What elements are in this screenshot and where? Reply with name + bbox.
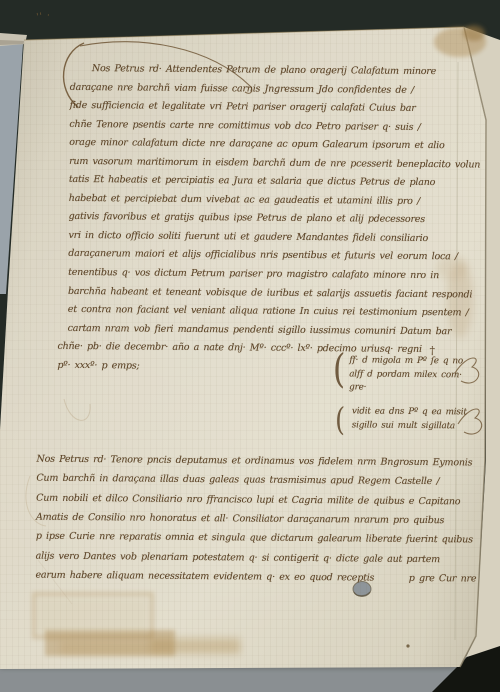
marginal-note-line: vidit ea dns Pº q ea misit xyxy=(352,405,467,420)
marginal-note-line: sigillo sui mult sigillata xyxy=(352,419,467,434)
ink-layer: '' · Nos Petrus rd· Attendentes Petrum d… xyxy=(0,0,500,692)
folio-marks: '' · xyxy=(36,11,52,23)
manuscript-photo: '' · Nos Petrus rd· Attendentes Petrum d… xyxy=(0,0,500,692)
paragraph-2: Nos Petrus rd· Tenore pncis deputamus et… xyxy=(35,450,477,589)
note1-brace: ( xyxy=(333,346,346,392)
marginal-note-2: vidit ea dns Pº q ea misitsigillo sui mu… xyxy=(352,405,467,433)
marginal-note-line: ff· d migola m Pº ſe q no xyxy=(349,354,463,368)
manuscript-text-line: earum habere aliquam necessitatem eviden… xyxy=(35,566,476,589)
note2-brace: ( xyxy=(335,400,345,438)
marginal-note-1: ff· d migola m Pº ſe q noalff d pordam m… xyxy=(349,354,463,395)
paragraph-1: Nos Petrus rd· Attendentes Petrum de pla… xyxy=(67,60,481,379)
marginal-note-line: gre· xyxy=(349,381,463,395)
marginal-note-line: alff d pordam milex com· xyxy=(349,368,463,382)
